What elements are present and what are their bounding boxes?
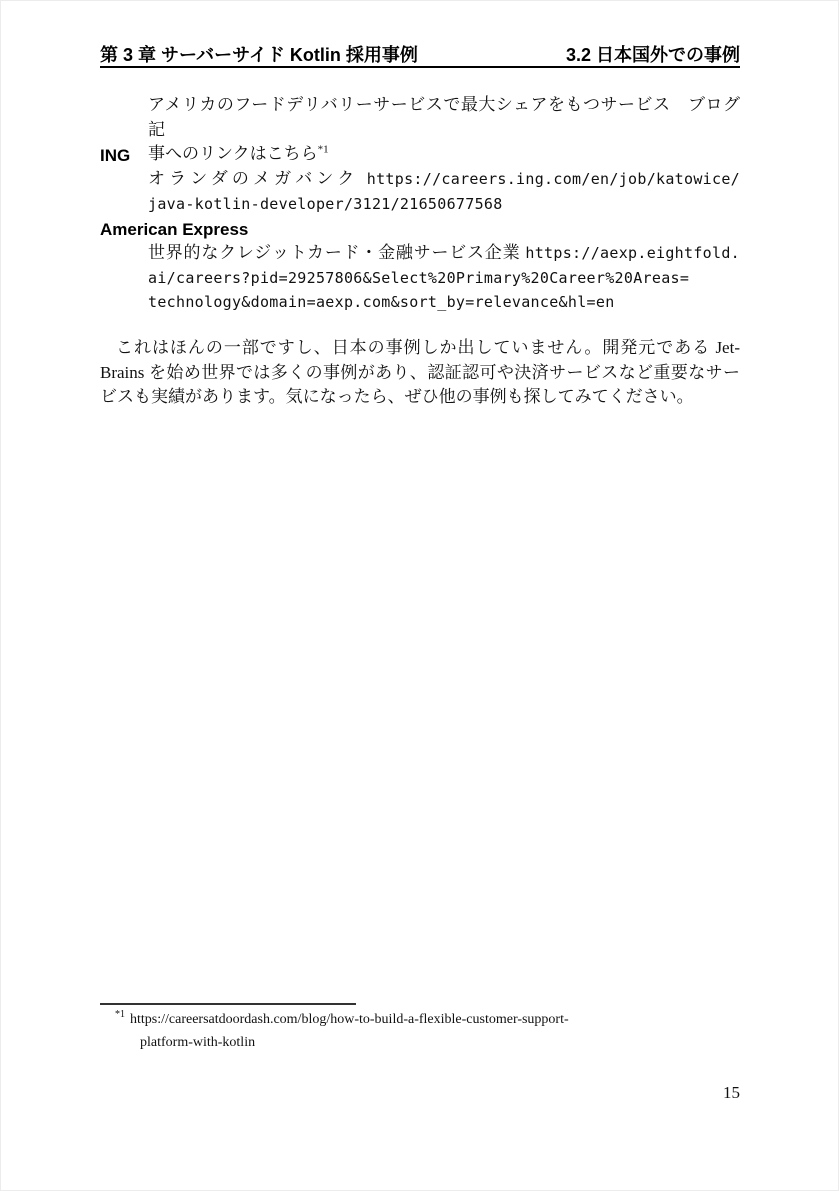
ing-description: オランダのメガバンク https://careers.ing.com/en/jo… [148, 167, 740, 216]
footnote-marker: *1 [115, 1009, 125, 1020]
amex-description: 世界的なクレジットカード・金融サービス企業 https://aexp.eight… [148, 241, 740, 315]
header-section-title: 3.2 日本国外での事例 [566, 45, 740, 65]
text-line: java-kotlin-developer/3121/21650677568 [148, 192, 740, 217]
amex-careers-url-part3: technology&domain=aexp.com&sort_by=relev… [148, 293, 615, 311]
amex-careers-url-part1: https://aexp.eightfold. [525, 244, 740, 262]
text-line: 事へのリンクはこちら*1 [148, 142, 740, 167]
text-line: アメリカのフードデリバリーサービスで最大シェアをもつサービス ブログ記 [148, 93, 740, 142]
footnote-url-part2: platform-with-kotlin [140, 1035, 255, 1050]
footnote-ref: *1 [318, 143, 329, 155]
footnote: *1https://careersatdoordash.com/blog/how… [115, 1009, 741, 1054]
text-line: ai/careers?pid=29257806&Select%20Primary… [148, 266, 740, 291]
header-chapter-title: 第 3 章 サーバーサイド Kotlin 採用事例 [100, 45, 418, 65]
amex-description-text: 世界的なクレジットカード・金融サービス企業 [148, 243, 525, 262]
footnote-url-part1: https://careersatdoordash.com/blog/how-t… [130, 1012, 569, 1027]
text-line: ビスも実績があります。気になったら、ぜひ他の事例も探してみてください。 [100, 385, 740, 410]
footnote-line: platform-with-kotlin [140, 1032, 741, 1055]
text-line: Brains を始め世界では多くの事例があり、認証認可や決済サービスなど重要なサ… [100, 361, 740, 386]
text-line: オランダのメガバンク https://careers.ing.com/en/jo… [148, 167, 740, 192]
ing-description-text: オランダのメガバンク [148, 169, 367, 188]
text-line: 世界的なクレジットカード・金融サービス企業 https://aexp.eight… [148, 241, 740, 266]
ing-job-url-part1: https://careers.ing.com/en/job/katowice/ [367, 170, 740, 188]
entry-heading-amex: American Express [100, 220, 248, 240]
doordash-description: アメリカのフードデリバリーサービスで最大シェアをもつサービス ブログ記 事へのリ… [148, 93, 740, 167]
ing-job-url-part2: java-kotlin-developer/3121/21650677568 [148, 195, 503, 213]
text-line: technology&domain=aexp.com&sort_by=relev… [148, 290, 740, 315]
entry-heading-ing: ING [100, 146, 130, 166]
amex-careers-url-part2: ai/careers?pid=29257806&Select%20Primary… [148, 269, 689, 287]
text-line: これはほんの一部ですし、日本の事例しか出していません。開発元である Jet- [100, 336, 740, 361]
footnote-separator-rule [100, 1003, 356, 1005]
running-header: 第 3 章 サーバーサイド Kotlin 採用事例 3.2 日本国外での事例 [100, 45, 740, 68]
footnote-line: *1https://careersatdoordash.com/blog/how… [115, 1009, 741, 1032]
book-page: 第 3 章 サーバーサイド Kotlin 採用事例 3.2 日本国外での事例 ア… [0, 0, 839, 1191]
closing-paragraph: これはほんの一部ですし、日本の事例しか出していません。開発元である Jet- B… [100, 336, 740, 410]
text-segment: 事へのリンクはこちら [148, 144, 318, 163]
page-number: 15 [100, 1082, 740, 1104]
